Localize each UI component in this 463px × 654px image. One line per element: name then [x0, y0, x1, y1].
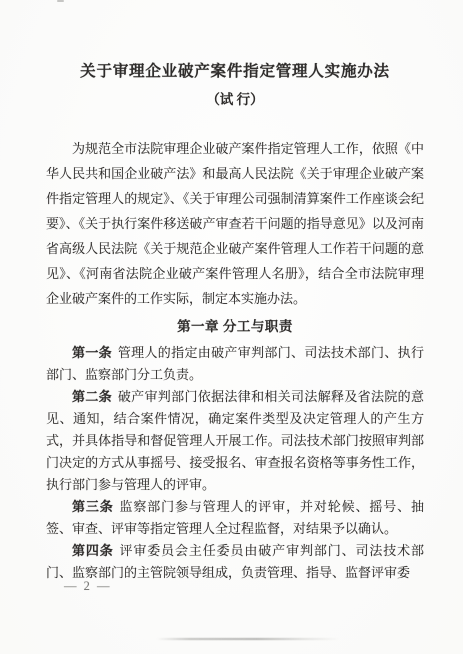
page-number: — 2 — — [64, 579, 112, 594]
document-title: 关于审理企业破产案件指定管理人实施办法 — [46, 62, 424, 82]
article-4-paragraph: 第四条评审委员会主任委员由破产审判部门、司法技术部门、监察部门的主管院领导组成，… — [46, 540, 424, 584]
scan-speck — [57, 0, 64, 2]
article-2-paragraph: 第二条破产审判部门依据法律和相关司法解释及省法院的意见、通知，结合案件情况，确定… — [46, 386, 424, 496]
article-1-label: 第一条 — [72, 345, 112, 360]
document-subtitle: （试 行） — [46, 91, 424, 109]
article-1-paragraph: 第一条管理人的指定由破产审判部门、司法技术部门、执行部门、监察部门分工负责。 — [46, 342, 424, 386]
article-3-paragraph: 第三条监察部门参与管理人的评审，并对轮候、摇号、抽签、审查、评审等指定管理人全过… — [46, 496, 424, 540]
chapter-1-heading: 第一章 分工与职责 — [46, 315, 424, 338]
article-3-label: 第三条 — [72, 499, 114, 514]
scanned-document-page: 关于审理企业破产案件指定管理人实施办法 （试 行） 为规范全市法院审理企业破产案… — [0, 0, 463, 654]
intro-paragraph: 为规范全市法院审理企业破产案件指定管理人工作，依照《中华人民共和国企业破产法》和… — [46, 136, 424, 311]
article-4-label: 第四条 — [72, 543, 114, 558]
articles-section: 第一条管理人的指定由破产审判部门、司法技术部门、执行部门、监察部门分工负责。 第… — [46, 342, 424, 584]
article-2-text: 破产审判部门依据法律和相关司法解释及省法院的意见、通知，结合案件情况，确定案件类… — [46, 389, 424, 492]
scan-artifact-line — [157, 638, 339, 640]
article-2-label: 第二条 — [72, 389, 112, 404]
